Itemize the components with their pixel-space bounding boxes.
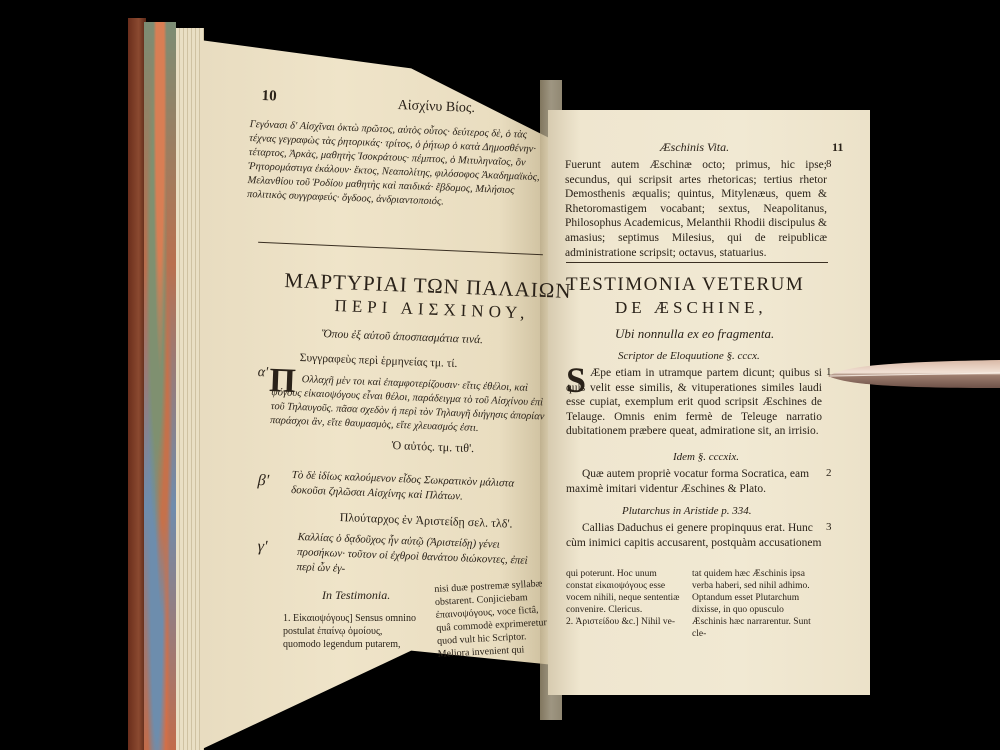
right-paragraph: Fuerunt autem Æschinæ octo; primus, hic … <box>565 158 827 260</box>
right-margin-num-2: 2 <box>826 467 832 479</box>
right-source-1: Scriptor de Eloquutione §. cccx. <box>618 350 760 362</box>
left-paragraph: Γεγόνασι δ' Αἰσχῖναι ὀκτὼ πρῶτος, αὐτὸς … <box>247 118 550 213</box>
right-source-2: Idem §. cccxix. <box>673 451 739 463</box>
left-page-number: 10 <box>261 88 277 106</box>
photo-scene: 10 Αἰσχίνυ Βίος. Γεγόνασι δ' Αἰσχῖναι ὀκ… <box>0 0 1000 750</box>
right-source-3: Plutarchus in Aristide p. 334. <box>622 505 752 517</box>
left-notes-heading: In Testimonia. <box>322 588 390 603</box>
left-body-1: Ολλαχῆ μὲν τοι καὶ ἐπαμφοτερίζουσιν· εἴτ… <box>270 372 547 439</box>
right-body-2: Quæ autem propriè vocatur forma Socratic… <box>566 467 828 496</box>
left-notes-col2: nisi duæ postremæ syllabæ obstarent. Con… <box>434 577 550 661</box>
right-margin-num-8: 8 <box>826 158 832 170</box>
letter-opener-icon <box>826 358 1000 392</box>
right-notes-col1-text: qui poterunt. Hoc unum constat εἰκαιοψόγ… <box>566 569 679 615</box>
right-notes-col1-item2: 2. Ἀριστείδου &c.] Nihil ve- <box>566 617 675 627</box>
right-margin-num-3: 3 <box>826 521 832 533</box>
left-notes-col1: 1. Εἰκαιοψόγους] Sensus omnino postulat … <box>283 612 421 651</box>
right-notes-col1: qui poterunt. Hoc unum constat εἰκαιοψόγ… <box>566 568 684 628</box>
right-notes-col2: tat quidem hæc Æschinis ipsa verba haber… <box>692 568 820 640</box>
right-title-line1: TESTIMONIA VETERUM <box>566 274 804 296</box>
right-page-number: 11 <box>832 140 843 155</box>
left-marker-3: γ' <box>257 538 267 556</box>
right-divider <box>566 262 828 263</box>
marbled-endpaper <box>144 22 176 750</box>
left-running-head: Αἰσχίνυ Βίος. <box>397 98 475 117</box>
right-body-3: Callias Daduchus ei genere propinquus er… <box>566 521 828 550</box>
left-marker-1: α' <box>257 365 268 381</box>
right-body-1: Æpe etiam in utramque partem dicunt; qui… <box>566 366 822 439</box>
left-marker-2: β' <box>257 472 269 490</box>
left-source-2: Ὁ αὐτός. τμ. τιθ'. <box>391 438 474 456</box>
right-running-head: Æschinis Vita. <box>660 140 729 155</box>
right-subtitle: Ubi nonnulla ex eo fragmenta. <box>615 326 774 342</box>
page-block-edge <box>176 28 204 750</box>
right-title-line2: DE ÆSCHINE, <box>615 298 767 318</box>
left-body-3: Καλλίας ὁ δᾳδοῦχος ἦν αὐτῷ (Ἀριστείδῃ) γ… <box>296 530 548 585</box>
